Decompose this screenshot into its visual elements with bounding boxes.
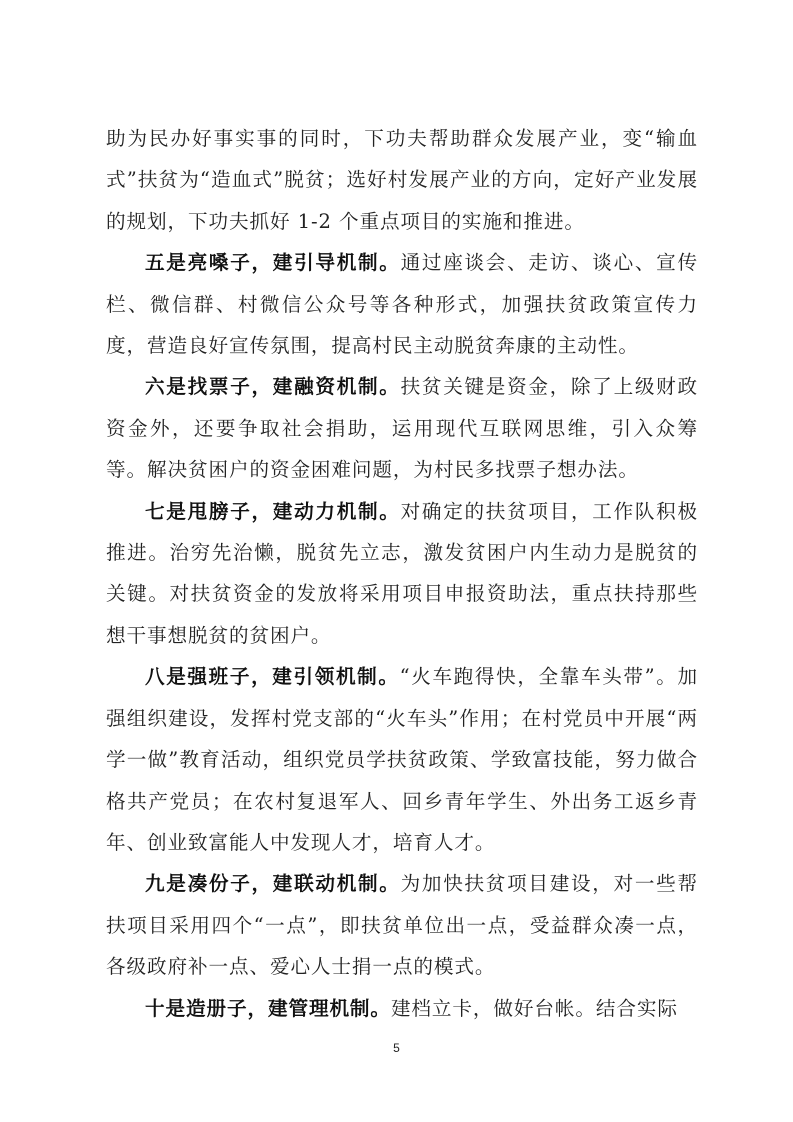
paragraph-heading: 九是凑份子，建联动机制。 — [145, 872, 401, 895]
paragraph-text: “火车跑得快，全靠车头带”。加强组织建设，发挥村党支部的“火车头”作用；在村党员… — [106, 665, 698, 854]
document-body: 助为民办好事实事的同时，下功夫帮助群众发展产业，变“输血式”扶贫为“造血式”脱贫… — [106, 118, 698, 1029]
paragraph-ten-management: 十是造册子，建管理机制。建档立卡，做好台帐。结合实际 — [106, 988, 698, 1029]
paragraph-continued: 助为民办好事实事的同时，下功夫帮助群众发展产业，变“输血式”扶贫为“造血式”脱贫… — [106, 118, 698, 242]
paragraph-heading: 七是甩膀子，建动力机制。 — [145, 500, 401, 523]
paragraph-nine-linkage: 九是凑份子，建联动机制。为加快扶贫项目建设，对一些帮扶项目采用四个“一点”，即扶… — [106, 863, 698, 987]
paragraph-six-funding: 六是找票子，建融资机制。扶贫关键是资金，除了上级财政资金外，还要争取社会捐助，运… — [106, 366, 698, 490]
paragraph-heading: 八是强班子，建引领机制。 — [145, 665, 400, 688]
paragraph-eight-leadership: 八是强班子，建引领机制。“火车跑得快，全靠车头带”。加强组织建设，发挥村党支部的… — [106, 656, 698, 863]
paragraph-heading: 十是造册子，建管理机制。 — [145, 997, 391, 1020]
page-number: 5 — [0, 1041, 793, 1055]
paragraph-heading: 五是亮嗓子，建引导机制。 — [145, 251, 401, 274]
paragraph-five-voice: 五是亮嗓子，建引导机制。通过座谈会、走访、谈心、宣传栏、微信群、村微信公众号等各… — [106, 242, 698, 366]
paragraph-heading: 六是找票子，建融资机制。 — [145, 375, 401, 398]
paragraph-text: 建档立卡，做好台帐。结合实际 — [391, 997, 678, 1020]
paragraph-seven-motivation: 七是甩膀子，建动力机制。对确定的扶贫项目，工作队积极推进。治穷先治懒，脱贫先立志… — [106, 491, 698, 657]
document-page: 助为民办好事实事的同时，下功夫帮助群众发展产业，变“输血式”扶贫为“造血式”脱贫… — [0, 0, 793, 1122]
paragraph-text: 助为民办好事实事的同时，下功夫帮助群众发展产业，变“输血式”扶贫为“造血式”脱贫… — [106, 127, 698, 233]
